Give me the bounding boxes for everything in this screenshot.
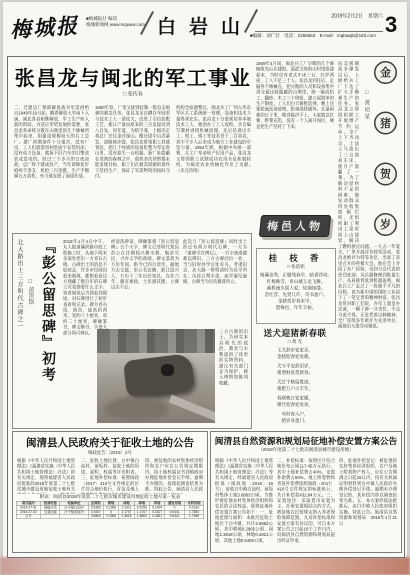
couplets-box: 送犬迎猪新春联 □ 黄 光 玉犬辞岁家家乐， 金猪迎春处处歌。 犬守平安辞旧岁，… [256, 327, 334, 427]
notice-left-title: 闽清县人民政府关于征收土地的公告 [13, 435, 207, 450]
table-cell [41, 514, 60, 518]
poem-line: 愿梅邑、年年丰裕。 [257, 305, 335, 312]
couplets-lines: 玉犬辞岁家家乐， 金猪迎春处处歌。 犬守平安辞旧岁， 猪增财富贺新春。 犬过千秋… [256, 347, 334, 427]
couplet-line: 猪肥万户示丰年。 [256, 386, 334, 393]
table-row: 合计 3.6863 0.2965 2.3618 1.6863 0.4821 0.… [16, 514, 204, 518]
notice-left-doc-no: 梅政征告〔2019〕2号 [13, 450, 207, 458]
seal-stamp-icon: 猪 [374, 112, 397, 135]
couplet-line: 金猪迎春处处歌。 [256, 354, 334, 361]
lead-column-1: 二、迁建总厂保障解放战争军需供给 自1949年10月起，随着解放大军南下入闽，闽… [14, 105, 89, 227]
page-number: 3 [385, 12, 397, 38]
photo-plank [168, 395, 215, 423]
compensation-plan-notice: 闽清县自然资源和规划局征地补偿安置方案公告 （2018年度第二十七批次闽清县城市… [210, 431, 402, 553]
scan-edge-band [0, 557, 410, 575]
stele-title-strip: 北大路出土三方明代古碑之一 □ 黄世铭 『彭公留思碑』初考 [15, 239, 61, 423]
stele-title: 『彭公留思碑』初考 [37, 239, 57, 423]
lead-column-3: 机构全面调整后，闽北兵工厂列入华东军区兵工系统统一管理，设备和技术力量得到充实。… [176, 105, 251, 227]
table-cell: 白中镇前坂村 [60, 510, 88, 514]
seal-artist-byline: □ 黄培星 [363, 89, 370, 121]
table-cell [60, 514, 88, 518]
stele-article-box: 北大路出土三方明代古碑之一 □ 黄世铭 『彭公留思碑』初考 2018年1月4日中… [12, 233, 252, 429]
table-cell: 1.6863 [134, 514, 149, 518]
land-expropriation-notice: 闽清县人民政府关于征收土地的公告 梅政征告〔2019〕2号 根据《中华人民共和国… [12, 431, 208, 553]
poem-box: 桂 枝 香 □ 张依铭 梅溪竞秀，正腊残春早，暗香浮动。 红梅映雪，喜山城玉龙飞… [256, 248, 336, 324]
photo-dirt-mound [104, 397, 169, 421]
masthead-logo: 梅城报 [9, 10, 80, 45]
notice-right-column-1: 根据《中华人民共和国土地管理法》《福建省实施〈中华人民共和国土地管理法〉办法》等… [215, 458, 273, 548]
table-cell: 2.3618 [119, 514, 134, 518]
rubric-stamp: 梅邑人物 [254, 215, 336, 237]
stele-column-4: 三方古碑的出土，为研究本县明代的政治、教育与水利提供了珍贵的实物资料，建议有关部… [219, 329, 248, 423]
notice-table-caption: 附表：闽清县2018年度第二十七批次城市建设用地征收土地方案一览表 [16, 494, 204, 501]
table-cell: 0.4821 [150, 514, 165, 518]
rubric-stamp-label: 梅邑人物 [259, 215, 331, 237]
date-line: 2019年2月2日 星期六 [255, 13, 383, 25]
notice-right-subtitle: （2018年度第二十七批次闽清县城市建设用地） [211, 447, 401, 455]
couplets-byline: □ 黄 光 [256, 339, 334, 347]
seal-stamp-icon: 贺 [374, 162, 397, 185]
header-rule [255, 31, 383, 32]
lead-column-5: □ 黄培星 金 猪 贺 岁 抗美援朝战争爆发以后，上级给兵工厂下达了扩大手榴弹生… [338, 61, 400, 427]
photo-stele-hole [161, 364, 174, 376]
seal-artwork: □ 黄培星 金 猪 贺 岁 [363, 61, 400, 236]
notice-left-column-3: 四、被征地的农村集体经济组织和农户应在公告规定期限内，持土地权属证书到镇政府办理… [145, 458, 203, 494]
notice-left-column-1: 根据《中华人民共和国土地管理法》《福建省实施〈中华人民共和国土地管理法〉办法》的… [17, 458, 75, 494]
lead-headline: 张昌龙与闽北的军工事业 [14, 62, 252, 91]
couplet-line: 猪岁喜盈门。 [256, 418, 334, 425]
table-cell: 0.6441 [165, 514, 184, 518]
poem-byline: □ 张依铭 [257, 264, 335, 272]
notice-right-column-2: 二、补偿标准：按照区片综合地价每公顷117.45万元执行，其中土地补偿费占40%… [277, 458, 335, 548]
stele-excavation-photo [97, 329, 215, 423]
table-cell: 白中镇白汕村 [60, 506, 88, 510]
editor-line: ■编辑：刘广壮 电话：2255663 E-mail：mqbwqb@163.com [250, 33, 390, 45]
notice-right-column-3: 四、征地补偿登记：被征地的农村集体经济组织、农户及地上附着物产权人，应在公告期满… [339, 458, 397, 548]
couplets-title: 送犬迎猪新春联 [256, 327, 334, 339]
newspaper-page: 梅城报 ■梅城报社 编印 梅城新闻网 www.mqxww.com 白岩山 201… [0, 0, 410, 575]
poem-title: 桂 枝 香 [257, 252, 335, 264]
couplet-line: 爆竹迎春处处欢。 [256, 402, 334, 409]
poem-lines: 梅溪竞秀，正腊残春早，暗香浮动。 红梅映雪，喜山城玉龙飞舞。 画桥流水绕人家，炊… [257, 272, 335, 322]
photo-stone-stele [123, 353, 196, 399]
land-table: 项目编号 批准用途 权属单位 总面积 耕地 园地 林地 草地 建设用地 未利用地 [16, 501, 204, 548]
seal-stamp-icon: 岁 [374, 213, 397, 236]
lead-column-2: 1950年春，厂里又接到赶制一批迫击炮弹的紧急任务。张昌龙亲自蹲在车间里与技术工… [95, 105, 170, 227]
table-cell: 1.7598 [184, 514, 203, 518]
table-cell: 合计 [16, 514, 40, 518]
section-title: 白岩山 [150, 12, 260, 39]
table-cell: 0.2965 [103, 514, 118, 518]
notice-right-title: 闽清县自然资源和规划局征地补偿安置方案公告 [211, 435, 401, 447]
stele-column-2: 经清洗辨读，碑额篆刻『彭公留思碑』五个大字，碑文记述明代知县彭公在任期间兴修水利… [111, 239, 179, 325]
couplet-line: 猪增财富贺新春。 [256, 370, 334, 377]
table-cell: 3.6863 [88, 514, 103, 518]
content-area: 张昌龙与闽北的军工事业 □ 张传春 二、迁建总厂保障解放战争军需供给 自1949… [7, 56, 405, 558]
seal-stamp-icon: 金 [374, 61, 397, 84]
stele-column-3: 此次与『彭公留思碑』同时出土的还有两方明代石碑，一方为『重修学宫碑记』，一方字迹… [183, 239, 247, 325]
stele-byline: □ 黄世铭 [26, 279, 35, 423]
lead-byline: □ 张传春 [14, 91, 252, 101]
photo-background-building [97, 329, 215, 353]
lead-column-4: 1949年4月间，闽北兵工厂早期的几个修械组先后在建阳、邵武交界的山村里组建起来… [256, 61, 334, 211]
notice-left-column-2: 二、征收土地位置：白中镇白汕村、前坂村。征收土地的用途、面积、权属等详见附表。三… [81, 458, 139, 494]
stele-side-label: 北大路出土三方明代古碑之一 [15, 239, 24, 423]
